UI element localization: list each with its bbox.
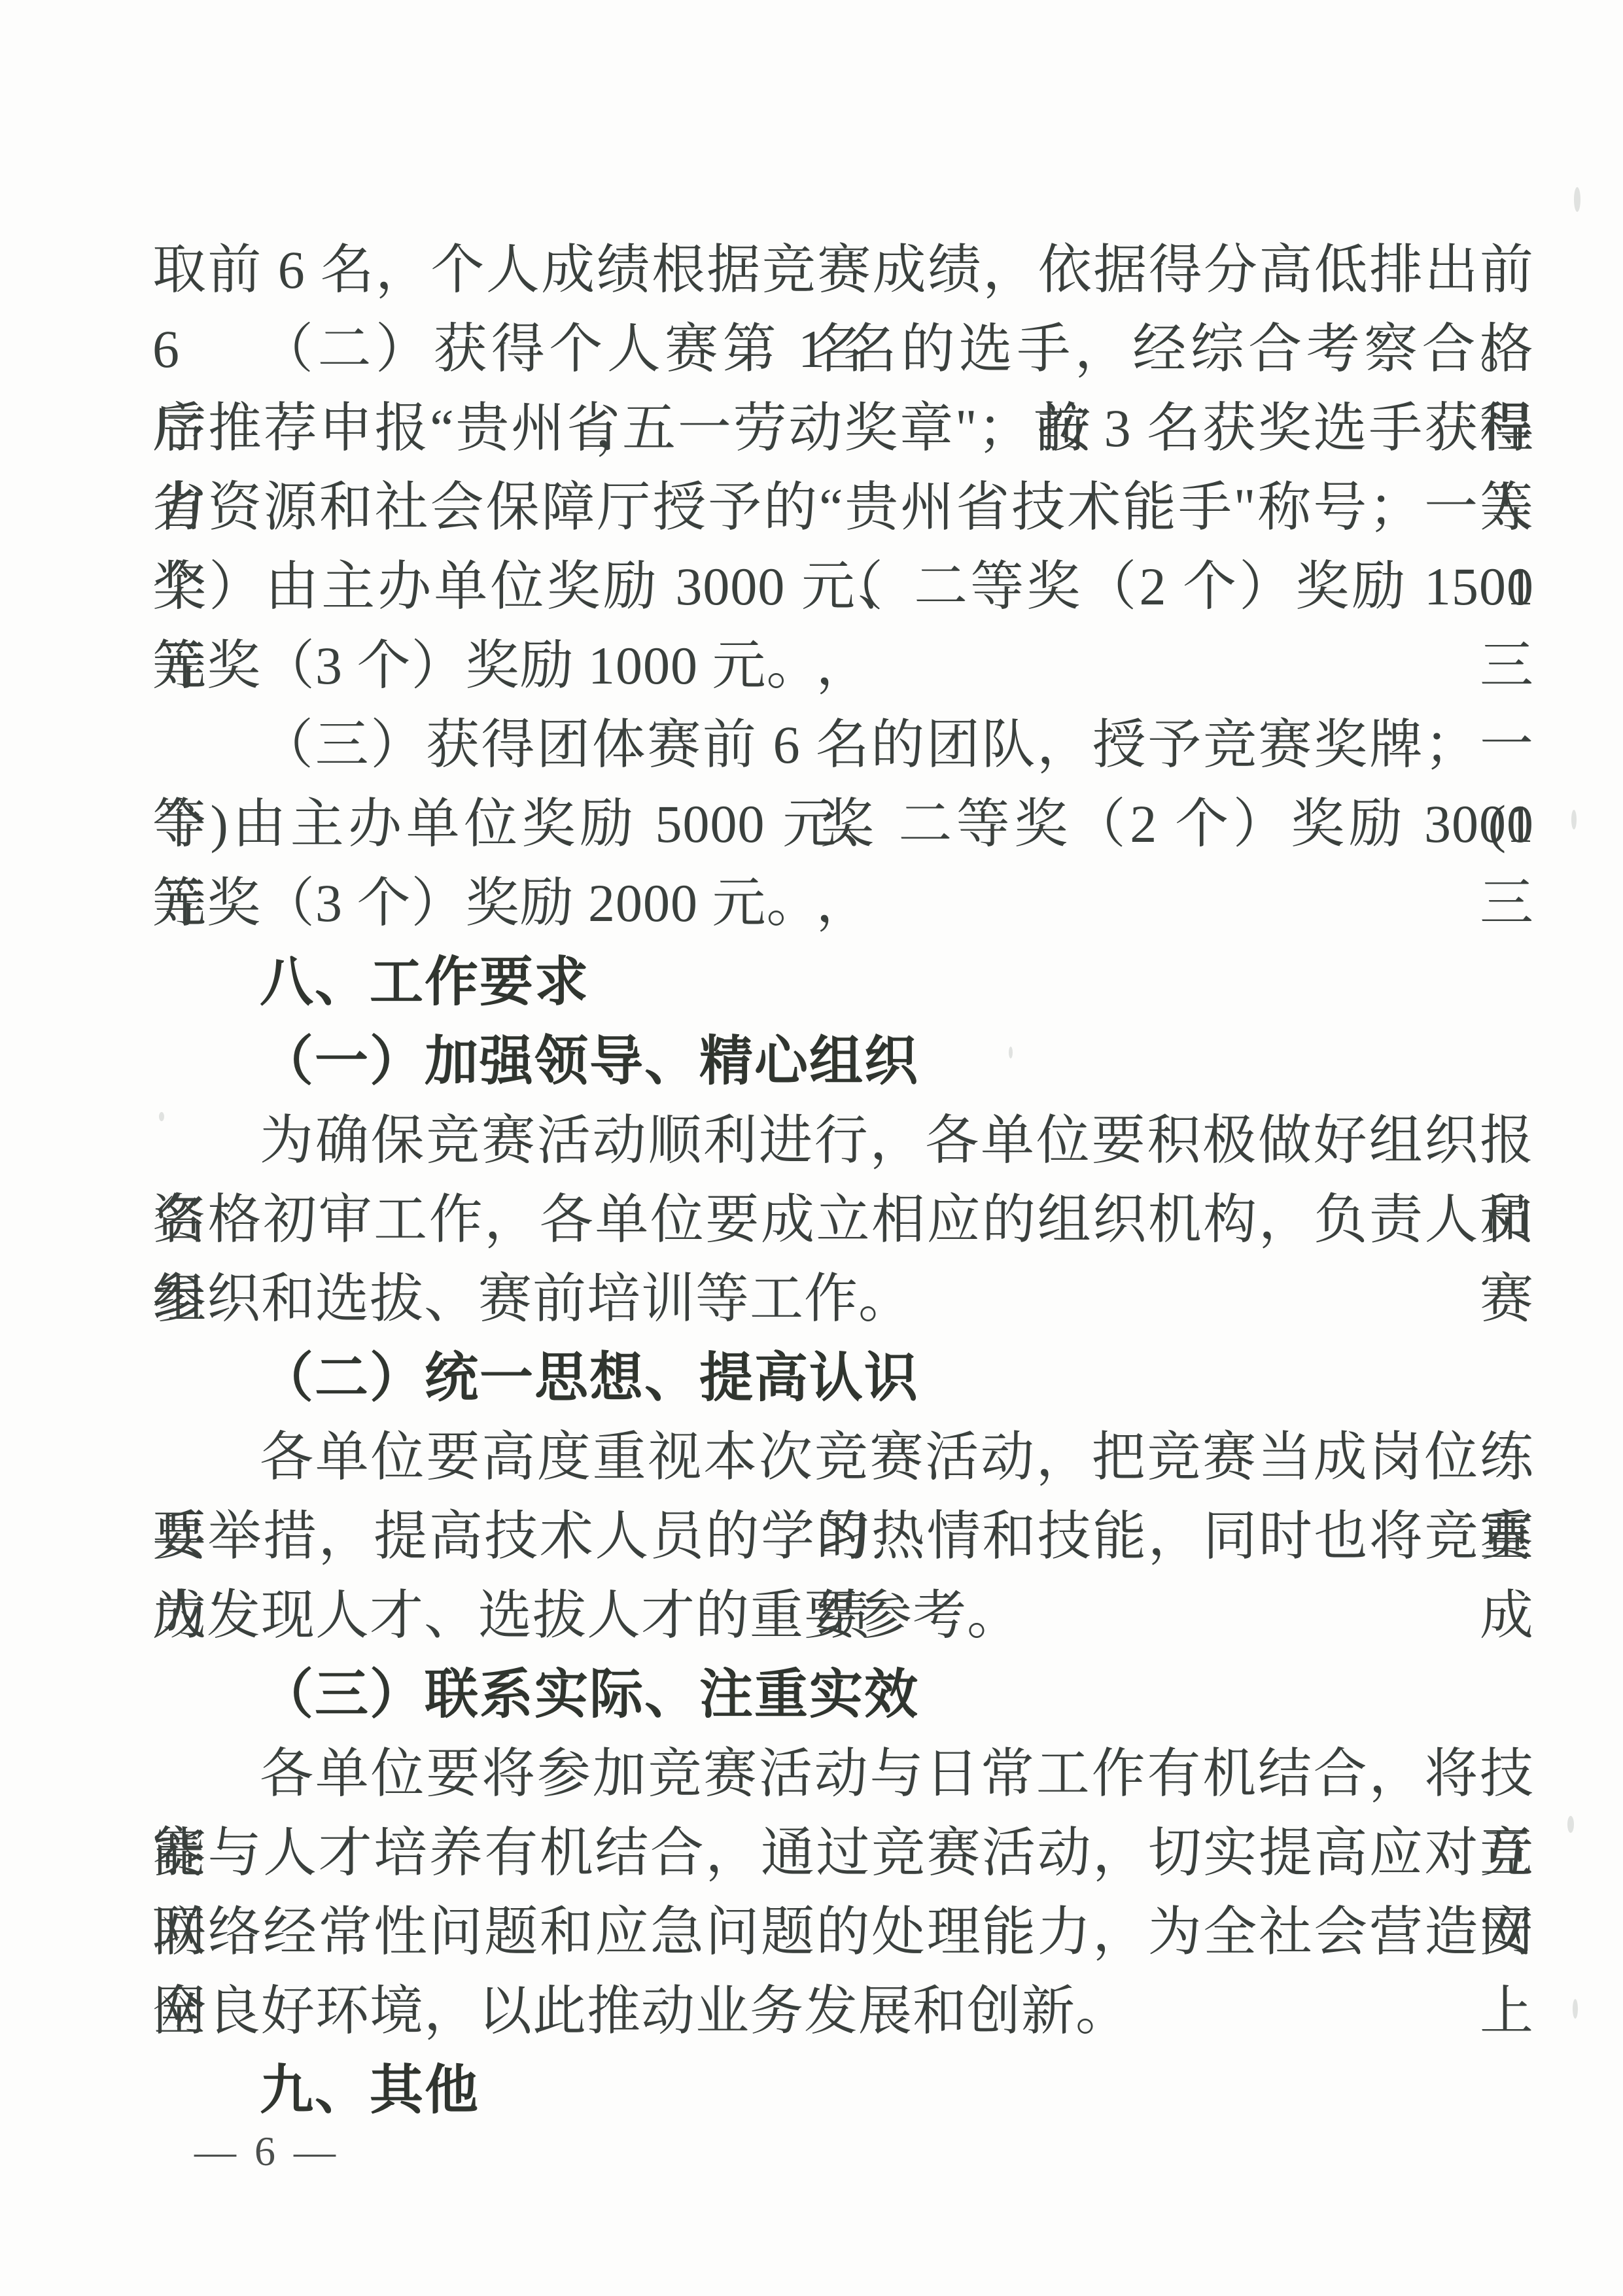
scan-artifact <box>1573 1999 1578 2019</box>
document-page: 取前 6 名，个人成绩根据竞赛成绩，依据得分高低排出前 6 名。（二）获得个人赛… <box>0 0 1623 2296</box>
text-line: 为确保竞赛活动顺利进行，各单位要积极做好组织报名和 <box>152 1101 1534 1180</box>
text-line: （三）联系实际、注重实效 <box>152 1655 1534 1734</box>
text-line: 个）由主办单位奖励 3000 元、二等奖（2 个）奖励 1500 元，三 <box>152 547 1534 626</box>
scan-artifact <box>1567 1816 1574 1833</box>
text-line: 九、其他 <box>152 2051 1534 2130</box>
text-line: 网络经常性问题和应急问题的处理能力，为全社会营造安全上 <box>152 1892 1534 1972</box>
text-line: 要举措，提高技术人员的学习热情和技能，同时也将竞赛成绩成 <box>152 1497 1534 1576</box>
text-line: 资格初审工作，各单位要成立相应的组织机构，负责人员参赛 <box>152 1180 1534 1259</box>
text-line: 取前 6 名，个人成绩根据竞赛成绩，依据得分高低排出前 6 名。 <box>152 230 1534 309</box>
text-line: （三）获得团体赛前 6 名的团队，授予竞赛奖牌；一等奖(1 <box>152 705 1534 784</box>
text-line: （二）统一思想、提高认识 <box>152 1338 1534 1418</box>
text-line: 各单位要高度重视本次竞赛活动，把竞赛当成岗位练兵的重 <box>152 1418 1534 1497</box>
text-line: 序推荐申报“贵州省五一劳动奖章"；前 3 名获奖选手获得省人 <box>152 389 1534 468</box>
document-body: 取前 6 名，个人成绩根据竞赛成绩，依据得分高低排出前 6 名。（二）获得个人赛… <box>152 230 1534 2130</box>
text-line: （二）获得个人赛第 1 名的选手，经综合考察合格后，按程 <box>152 309 1534 389</box>
text-line: 个)由主办单位奖励 5000 元、二等奖（2 个）奖励 3000 元，三 <box>152 784 1534 863</box>
text-line: 力资源和社会保障厅授予的“贵州省技术能手"称号；一等奖（1 <box>152 468 1534 547</box>
page-number: — 6 — <box>194 2127 340 2176</box>
text-line: （一）加强领导、精心组织 <box>152 1022 1534 1101</box>
text-line: 八、工作要求 <box>152 943 1534 1022</box>
text-line: 各单位要将参加竞赛活动与日常工作有机结合，将技能竞 <box>152 1734 1534 1813</box>
scan-artifact <box>1574 187 1580 212</box>
text-line: 赛与人才培养有机结合，通过竞赛活动，切实提高应对互联网 <box>152 1813 1534 1892</box>
scan-artifact <box>1571 810 1577 829</box>
scan-artifact <box>1009 1047 1013 1058</box>
scan-artifact <box>159 1112 164 1121</box>
